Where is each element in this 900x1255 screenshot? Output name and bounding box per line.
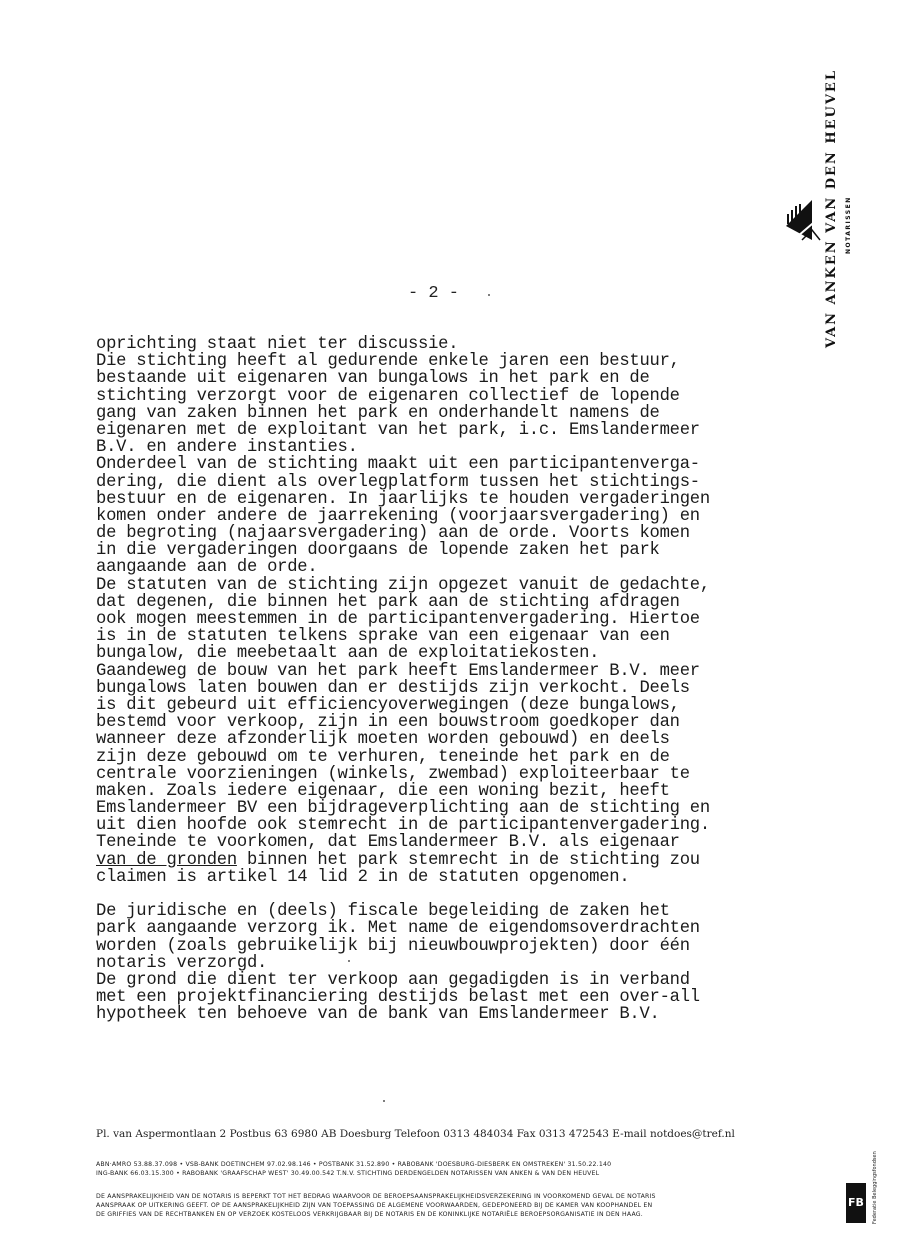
body-line: bestemd voor verkoop, zijn in een bouwst… [96, 714, 816, 731]
body-line: claimen is artikel 14 lid 2 in de statut… [96, 869, 816, 886]
body-line: De statuten van de stichting zijn opgeze… [96, 577, 816, 594]
body-line-rest: binnen het park stemrecht in de stichtin… [237, 851, 700, 870]
body-line: is in de statuten telkens sprake van een… [96, 628, 816, 645]
page-number: - 2 - [408, 284, 488, 303]
body-line: bestuur en de eigenaren. In jaarlijks te… [96, 491, 816, 508]
footer-address: Pl. van Aspermontlaan 2 Postbus 63 6980 … [96, 1128, 796, 1140]
body-line: De grond die dient ter verkoop aan gegad… [96, 972, 816, 989]
body-line: centrale voorzieningen (winkels, zwembad… [96, 766, 816, 783]
body-line: zijn deze gebouwd om te verhuren, tenein… [96, 749, 816, 766]
body-line: bungalow, die meebetaalt aan de exploita… [96, 645, 816, 662]
body-line: met een projektfinanciering destijds bel… [96, 989, 816, 1006]
body-line: de begroting (najaarsvergadering) aan de… [96, 525, 816, 542]
body-line: aangaande aan de orde. [96, 559, 816, 576]
firm-logo-icon [782, 196, 828, 246]
legal-line: AANSPRAAK OP UITKERING GEEFT. OP DE AANS… [96, 1201, 826, 1210]
firm-subtitle: NOTARISSEN [845, 196, 852, 254]
body-line: Emslandermeer BV een bijdrageverplichtin… [96, 800, 816, 817]
body-line: wanneer deze afzonderlijk moeten worden … [96, 731, 816, 748]
body-line: hypotheek ten behoeve van de bank van Em… [96, 1006, 816, 1023]
body-line: notaris verzorgd. [96, 955, 816, 972]
body-line: dering, die dient als overlegplatform tu… [96, 474, 816, 491]
letter-body: oprichting staat niet ter discussie. Die… [96, 336, 816, 1024]
body-line: dat degenen, die binnen het park aan de … [96, 594, 816, 611]
body-line: in die vergaderingen doorgaans de lopend… [96, 542, 816, 559]
body-line: B.V. en andere instanties. [96, 439, 816, 456]
body-line: park aangaande verzorg ik. Met name de e… [96, 920, 816, 937]
body-line: Onderdeel van de stichting maakt uit een… [96, 456, 816, 473]
document-page: VAN ANKEN VAN DEN HEUVEL NOTARISSEN - 2 … [0, 0, 900, 1255]
paragraph-gap [96, 886, 816, 903]
body-line: Teneinde te voorkomen, dat Emslandermeer… [96, 834, 816, 851]
footer-bank-details: ABN·AMRO 53.88.37.098 • VSB-BANK DOETINC… [96, 1160, 826, 1178]
body-line: worden (zoals gebruikelijk bij nieuwbouw… [96, 938, 816, 955]
body-line: stichting verzorgt voor de eigenaren col… [96, 388, 816, 405]
footer-liability-notice: DE AANSPRAKELIJKHEID VAN DE NOTARIS IS B… [96, 1192, 826, 1219]
body-line: eigenaren met de exploitant van het park… [96, 422, 816, 439]
body-line: bungalows laten bouwen dan er destijds z… [96, 680, 816, 697]
body-line: ook mogen meestemmen in de participanten… [96, 611, 816, 628]
bank-line: ING-BANK 66.03.15.300 • RABOBANK 'GRAAFS… [96, 1169, 826, 1178]
underlined-phrase: van de gronden [96, 851, 237, 870]
body-line: is dit gebeurd uit efficiencyoverweginge… [96, 697, 816, 714]
fb-logo-icon: FB [846, 1183, 866, 1223]
body-line: maken. Zoals iedere eigenaar, die een wo… [96, 783, 816, 800]
body-line-underlined: van de gronden binnen het park stemrecht… [96, 852, 816, 869]
body-line: uit dien hoofde ook stemrecht in de part… [96, 817, 816, 834]
bank-line: ABN·AMRO 53.88.37.098 • VSB-BANK DOETINC… [96, 1160, 826, 1169]
body-line: Die stichting heeft al gedurende enkele … [96, 353, 816, 370]
body-line: bestaande uit eigenaren van bungalows in… [96, 370, 816, 387]
body-line: komen onder andere de jaarrekening (voor… [96, 508, 816, 525]
scan-speck [488, 294, 490, 296]
legal-line: DE GRIFFIES VAN DE RECHTBANKEN EN OP VER… [96, 1210, 826, 1219]
fb-side-text: Federatie Beleggingsfondsen [872, 1151, 878, 1224]
scan-speck [383, 1100, 385, 1102]
body-line: Gaandeweg de bouw van het park heeft Ems… [96, 663, 816, 680]
body-line: De juridische en (deels) fiscale begelei… [96, 903, 816, 920]
legal-line: DE AANSPRAKELIJKHEID VAN DE NOTARIS IS B… [96, 1192, 826, 1201]
scan-speck [348, 960, 350, 962]
body-line: gang van zaken binnen het park en onderh… [96, 405, 816, 422]
fb-logo-text: FB [848, 1196, 864, 1210]
body-line: oprichting staat niet ter discussie. [96, 336, 816, 353]
